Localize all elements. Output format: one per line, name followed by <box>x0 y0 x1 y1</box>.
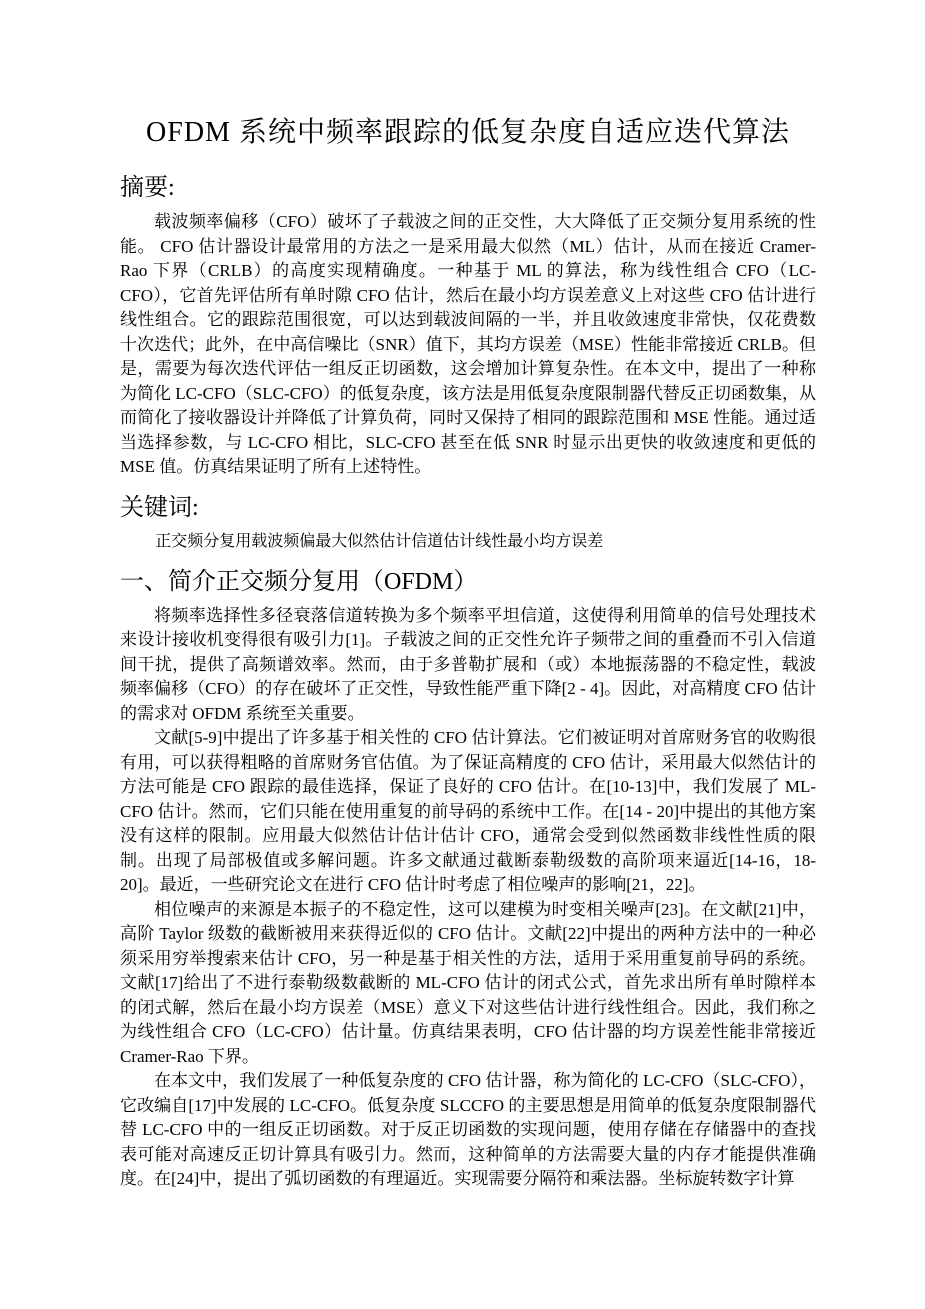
keywords-heading: 关键词: <box>120 492 816 524</box>
abstract-heading: 摘要: <box>120 172 816 204</box>
paragraph: 将频率选择性多径衰落信道转换为多个频率平坦信道，这使得利用简单的信号处理技术来设… <box>120 604 816 727</box>
document-page: OFDM 系统中频率跟踪的低复杂度自适应迭代算法 摘要: 载波频率偏移（CFO）… <box>0 0 925 1309</box>
paragraph: 在本文中，我们发展了一种低复杂度的 CFO 估计器，称为简化的 LC-CFO（S… <box>120 1069 816 1192</box>
keywords-text: 正交频分复用载波频偏最大似然估计信道估计线性最小均方误差 <box>120 530 816 554</box>
paragraph: 相位噪声的来源是本振子的不稳定性，这可以建模为时变相关噪声[23]。在文献[21… <box>120 898 816 1070</box>
document-content: OFDM 系统中频率跟踪的低复杂度自适应迭代算法 摘要: 载波频率偏移（CFO）… <box>120 112 816 1192</box>
abstract-text: 载波频率偏移（CFO）破坏了子载波之间的正交性，大大降低了正交频分复用系统的性能… <box>120 210 816 480</box>
section-introduction: 一、简介正交频分复用（OFDM） 将频率选择性多径衰落信道转换为多个频率平坦信道… <box>120 566 816 1192</box>
paragraph: 文献[5-9]中提出了许多基于相关性的 CFO 估计算法。它们被证明对首席财务官… <box>120 726 816 898</box>
section-heading: 一、简介正交频分复用（OFDM） <box>120 566 816 598</box>
page-title: OFDM 系统中频率跟踪的低复杂度自适应迭代算法 <box>120 112 816 154</box>
